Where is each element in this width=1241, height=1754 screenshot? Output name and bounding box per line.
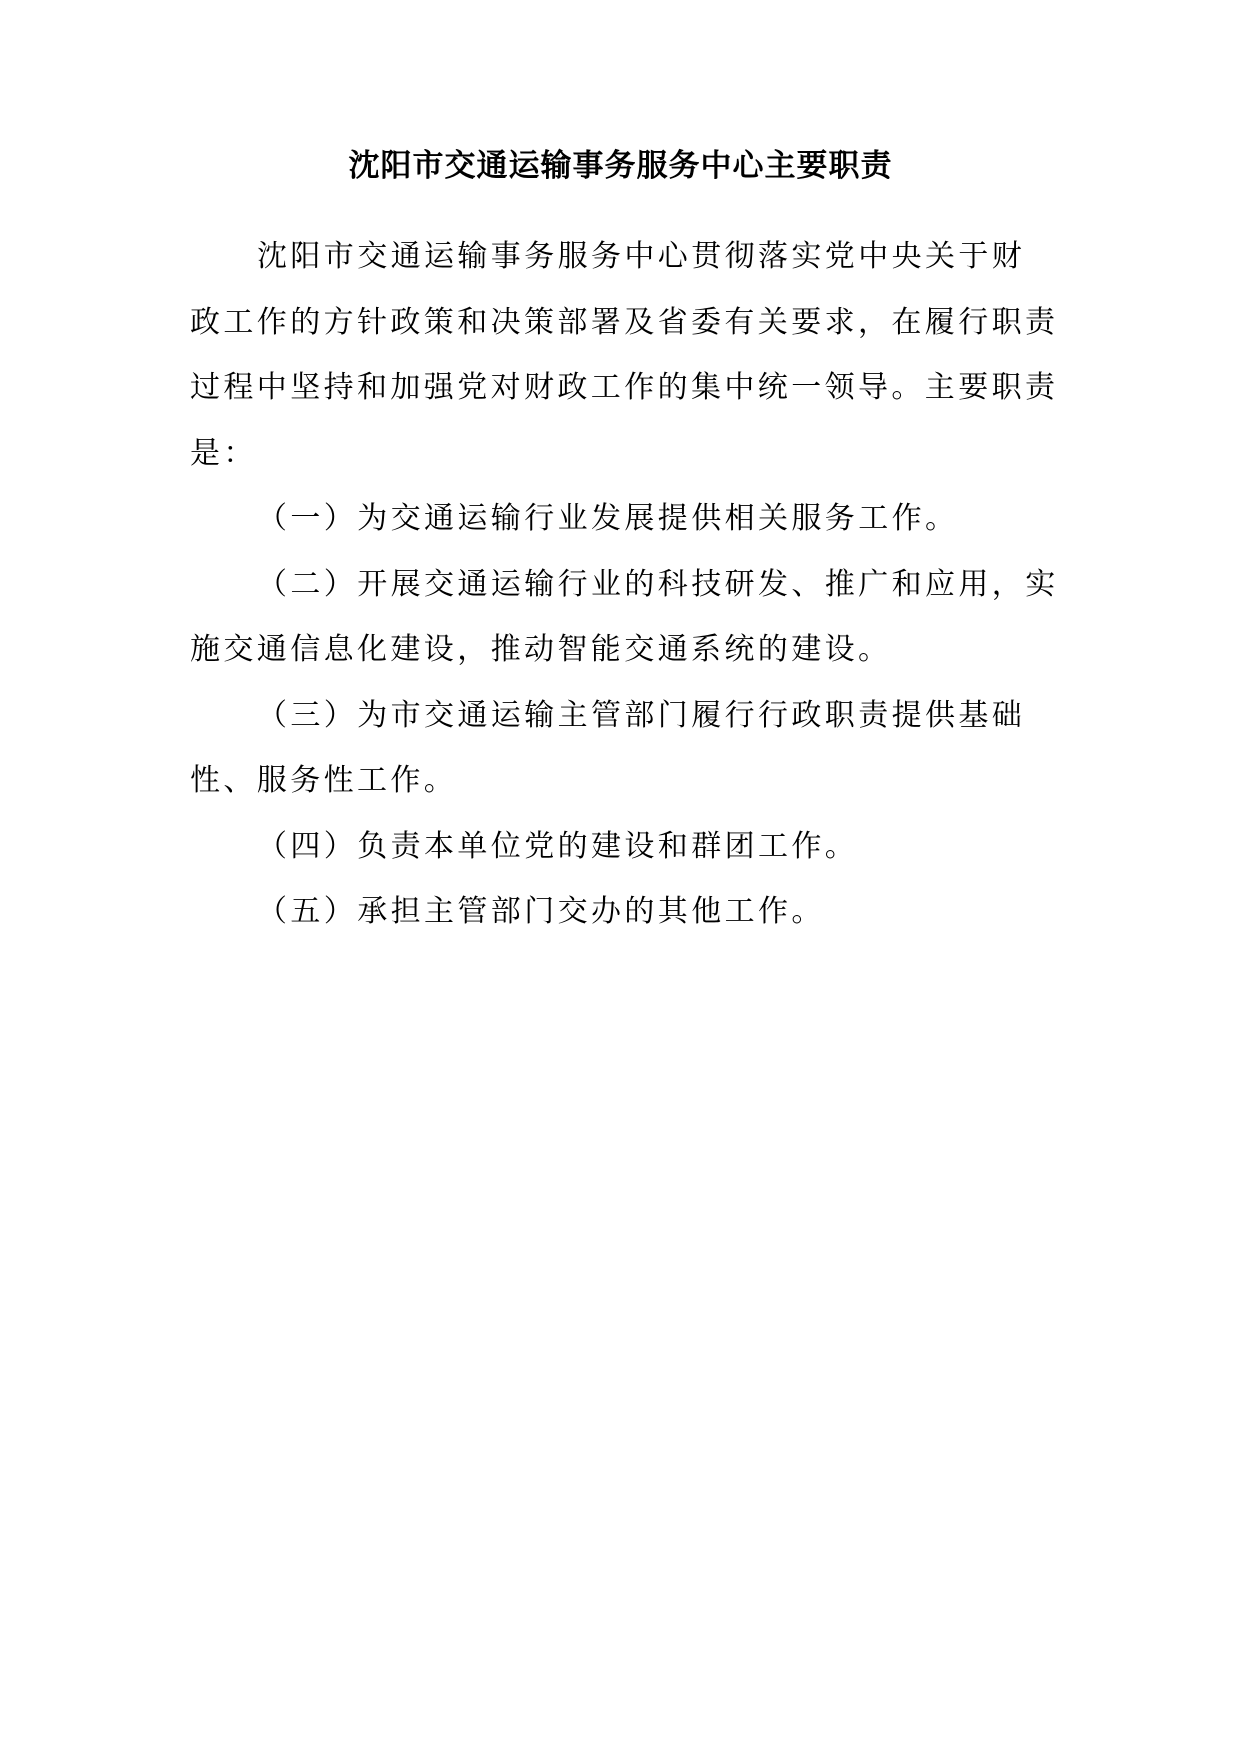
body-line-8: （三）为市交通运输主管部门履行行政职责提供基础 [190,683,1070,749]
body-line-6: （二）开展交通运输行业的科技研发、推广和应用，实 [190,552,1070,618]
document-title: 沈阳市交通运输事务服务中心主要职责 [0,144,1241,188]
body-line-5: （一）为交通运输行业发展提供相关服务工作。 [190,486,1070,552]
body-line-11: （五）承担主管部门交办的其他工作。 [190,879,1070,945]
body-line-4: 是： [190,421,1070,487]
document-body: 沈阳市交通运输事务服务中心贯彻落实党中央关于财 政工作的方针政策和决策部署及省委… [190,224,1070,945]
body-line-3: 过程中坚持和加强党对财政工作的集中统一领导。主要职责 [190,355,1070,421]
document-page: 沈阳市交通运输事务服务中心主要职责 沈阳市交通运输事务服务中心贯彻落实党中央关于… [0,0,1241,1754]
body-line-1: 沈阳市交通运输事务服务中心贯彻落实党中央关于财 [190,224,1070,290]
body-line-7: 施交通信息化建设，推动智能交通系统的建设。 [190,617,1070,683]
body-line-10: （四）负责本单位党的建设和群团工作。 [190,814,1070,880]
body-line-9: 性、服务性工作。 [190,748,1070,814]
body-line-2: 政工作的方针政策和决策部署及省委有关要求，在履行职责 [190,290,1070,356]
